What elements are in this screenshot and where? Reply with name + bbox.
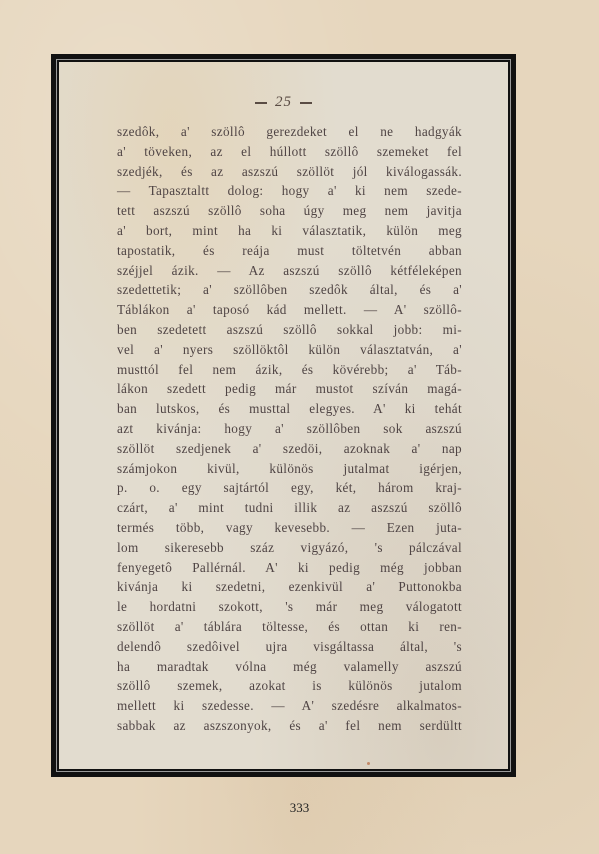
text-line: ha maradtak vólna még valamelly aszszú	[117, 657, 462, 677]
text-line: lom sikeresebb száz vigyázó, 's pálczáva…	[117, 538, 462, 558]
scanned-page: 25 szedôk, a' szöllô gerezdeket el ne ha…	[59, 62, 508, 769]
text-line: szedôk, a' szöllô gerezdeket el ne hadgy…	[117, 122, 462, 142]
text-line: termés több, vagy kevesebb. — Ezen juta-	[117, 518, 462, 538]
text-line: azt kivánja: hogy a' szöllôben sok aszsz…	[117, 419, 462, 439]
scanned-page-frame: 25 szedôk, a' szöllô gerezdeket el ne ha…	[51, 54, 516, 777]
text-line: Táblákon a' taposó kád mellett. — A' szö…	[117, 300, 462, 320]
paper-stain	[367, 762, 370, 765]
body-text: szedôk, a' szöllô gerezdeket el ne hadgy…	[117, 122, 462, 736]
text-line: számjokon kivül, különös jutalmat igérje…	[117, 459, 462, 479]
dash-left	[255, 102, 267, 104]
text-line: szöllöt a' táblára töltesse, és ottan ki…	[117, 617, 462, 637]
running-head-page-number: 25	[275, 94, 292, 110]
text-line: ben szedetett aszszú szöllô sokkal jobb:…	[117, 320, 462, 340]
text-line: fenyegetô Pallérnál. A' ki pedig még job…	[117, 558, 462, 578]
text-line: — Tapasztaltt dolog: hogy a' ki nem szed…	[117, 181, 462, 201]
text-line: delendô szedôivel ujra visgáltassa által…	[117, 637, 462, 657]
text-line: mellett ki szedesse. — A' szedésre alkal…	[117, 696, 462, 716]
text-line: le hordatni szokott, 's már meg válogato…	[117, 597, 462, 617]
text-line: szöllöt szedjenek a' szedöi, azoknak a' …	[117, 439, 462, 459]
text-line: sabbak az aszszonyok, és a' fel nem serd…	[117, 716, 462, 736]
text-line: tett aszszú szöllô soha úgy meg nem javi…	[117, 201, 462, 221]
text-line: p. o. egy sajtártól egy, két, három kraj…	[117, 478, 462, 498]
frame-inner-rule: 25 szedôk, a' szöllô gerezdeket el ne ha…	[56, 59, 511, 772]
text-line: a' bort, mint ha ki választatik, külön m…	[117, 221, 462, 241]
text-line: czárt, a' mint tudni illik az aszszú szö…	[117, 498, 462, 518]
text-line: lákon szedett pedig már mustot szíván ma…	[117, 379, 462, 399]
dash-right	[300, 102, 312, 104]
text-line: szöllô szemek, azokat is különös jutalom	[117, 676, 462, 696]
text-line: musttól fel nem ázik, és kövérebb; a' Tá…	[117, 360, 462, 380]
text-line: kivánja ki szedetni, ezenkivül a' Putton…	[117, 577, 462, 597]
text-line: szedettetik; a' szöllôben szedôk által, …	[117, 280, 462, 300]
text-line: tapostatik, és reája must töltetvén abba…	[117, 241, 462, 261]
text-line: szedjék, és az aszszú szöllöt jól kiválo…	[117, 162, 462, 182]
text-line: vel a' nyers szöllöktôl külön választatv…	[117, 340, 462, 360]
text-line: ban lutskos, és musttal elegyes. A' ki t…	[117, 399, 462, 419]
footer-page-number: 333	[0, 800, 599, 816]
text-line: széjjel ázik. — Az aszszú szöllô kétféle…	[117, 261, 462, 281]
text-line: a' töveken, az el húllott szöllô szemeke…	[117, 142, 462, 162]
running-head: 25	[59, 94, 508, 111]
